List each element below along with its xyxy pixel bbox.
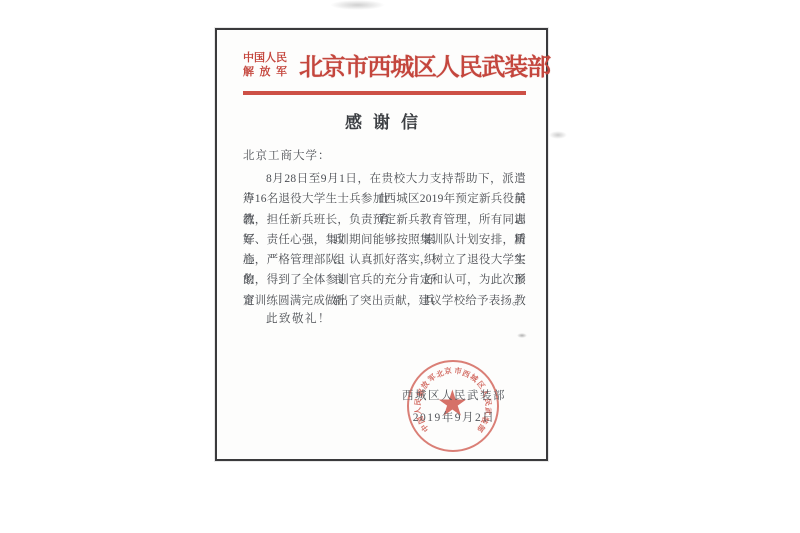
body-line: 施，严格管理部队、认真抓好落实，树立了退役大学生的良好形 <box>243 250 526 270</box>
salutation: 北京工商大学： <box>243 147 331 163</box>
scan-artifact <box>517 333 527 338</box>
body-line: 象，得到了全体参训官兵的充分肯定和认可，为此次预定新兵教 <box>243 270 526 290</box>
masthead-divider-rule <box>243 91 526 95</box>
signature-org: 西城区人民武装部 <box>375 387 533 403</box>
masthead-main-org: 北京市西城区人民武装部 <box>299 53 550 83</box>
closing-salute: 此致敬礼！ <box>243 310 331 326</box>
signature-date: 2019年9月2日 <box>375 409 533 425</box>
body-line: 练，担任新兵班长，负责预定新兵教育管理，所有同志军政素质 <box>243 210 526 230</box>
body-line: 好、责任心强，集训期间能够按照集训队计划安排，精心组织实 <box>243 230 526 250</box>
masthead-small-line1: 中国人民 <box>243 51 291 65</box>
body-line: 育训练圆满完成做出了突出贡献，建议学校给予表扬。 <box>243 291 526 311</box>
body-line: 等16名退役大学生士兵参加西城区2019年预定新兵役前教育训 <box>243 189 526 209</box>
screenshot-canvas: 中国人民 解放军 北京市西城区人民武装部 感谢信 北京工商大学： 8月28日至9… <box>0 0 800 533</box>
body-line: 8月28日至9月1日，在贵校大力支持帮助下，派遣卢仕昊 <box>243 169 526 189</box>
document-title: 感谢信 <box>217 108 546 133</box>
masthead-small-line2: 解放军 <box>243 65 291 79</box>
scan-artifact <box>330 0 385 10</box>
letter-body: 8月28日至9月1日，在贵校大力支持帮助下，派遣卢仕昊 等16名退役大学生士兵参… <box>243 169 526 311</box>
masthead-small-org: 中国人民 解放军 <box>243 51 291 79</box>
scan-artifact <box>549 131 567 139</box>
letter-page: 中国人民 解放军 北京市西城区人民武装部 感谢信 北京工商大学： 8月28日至9… <box>215 28 548 461</box>
official-seal: 中国人民解放军北京市西城区人民武装部 ★ <box>407 360 499 452</box>
